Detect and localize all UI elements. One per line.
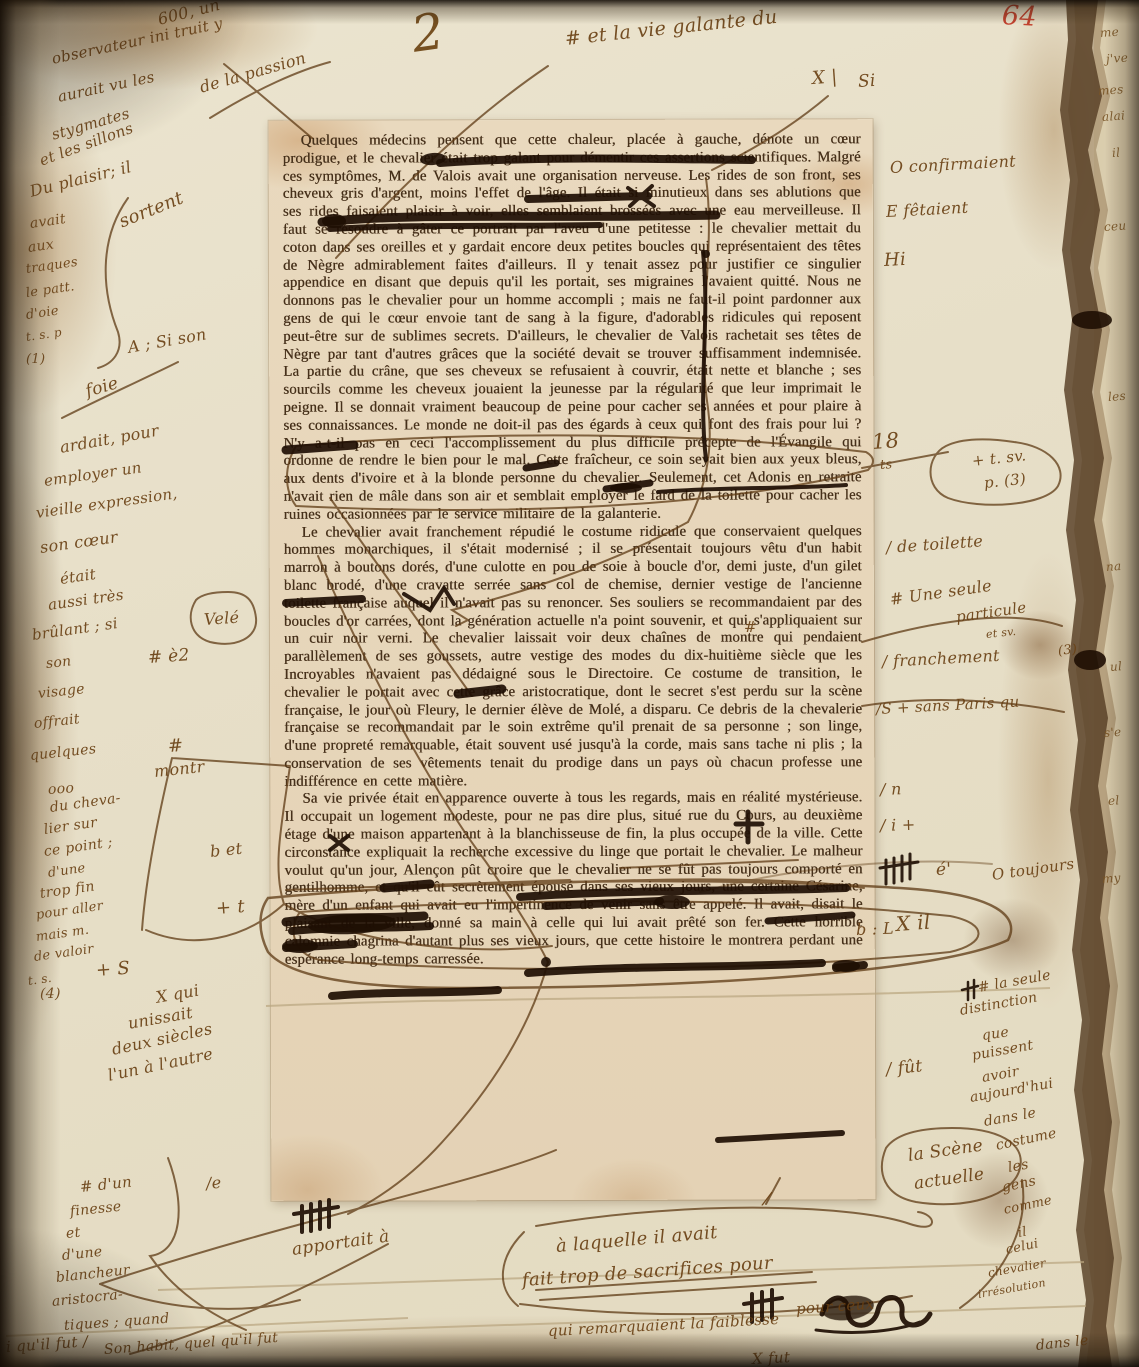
proof-paragraph-3: Sa vie privée était en apparence ouverte… bbox=[284, 790, 862, 969]
proof-paragraph-1: Quelques médecins pensent que cette chal… bbox=[283, 131, 862, 524]
printed-proof-block: Quelques médecins pensent que cette chal… bbox=[269, 119, 876, 1201]
manuscript-photo: Quelques médecins pensent que cette chal… bbox=[0, 0, 1139, 1367]
folio-number: 64 bbox=[1001, 0, 1038, 33]
proof-paragraph-2: Le chevalier avait franchement répudié l… bbox=[284, 523, 863, 791]
